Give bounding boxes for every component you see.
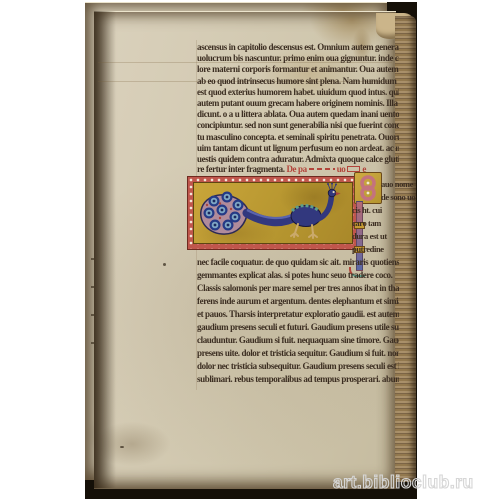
text-line: ferens inde aurum et argentum. dentes el…	[197, 295, 399, 308]
text-line: ascensus in capitolio descensus est. Omn…	[197, 42, 399, 53]
parchment-speck	[120, 446, 124, 448]
text-line: ab eo quod intrinsecus humore sint plena…	[197, 76, 399, 87]
text-line: lore materni corporis formantur et anima…	[197, 64, 399, 75]
text-line: nec facile coquatur. de quo quidam sic a…	[197, 256, 399, 269]
text-line: uim tantam dicunt ut lignum perfusum eo …	[197, 143, 399, 154]
peacock-miniature	[187, 176, 359, 250]
rubric-red-text: De pa	[286, 164, 306, 174]
text-line: dura est ut	[352, 230, 398, 243]
text-line: sublimari. rebus temporalibus ad tempus …	[197, 373, 399, 386]
text-line: tu masculino concepta. et seminali spiri…	[197, 132, 399, 143]
pricking-mark	[91, 342, 94, 344]
text-line: dolor nec tristicia subsequitur. Gaudium…	[197, 360, 399, 373]
text-line: est quod exterius humorem habet. uiuidum…	[197, 87, 399, 98]
pricking-mark	[91, 286, 94, 288]
text-line: concipiuntur. sed non sunt generabilia n…	[197, 120, 399, 131]
parchment-speck	[163, 263, 166, 266]
text-line: clauduntur. Gaudium si fuit. nequaquam s…	[197, 334, 399, 347]
text-line: presens uite. dolor et tristicia sequitu…	[197, 347, 399, 360]
watermark-text: art.biblioclub.ru	[333, 472, 474, 493]
text-line: putredine	[352, 243, 398, 256]
text-line: cis ht. cui	[352, 204, 398, 217]
text-line: uolucrum bis nascuntur. primo enim oua g…	[197, 53, 399, 64]
text-line: auo nome	[352, 178, 427, 191]
text-column-beside-miniature: auo nome de sono uo cis ht. cui caro tam…	[352, 178, 398, 256]
text-line: gemmantes explicat alas. si potes hunc s…	[197, 269, 399, 282]
rubric-line-filler	[309, 168, 335, 170]
text-line: gaudium presens seculi et futuri. Gaudiu…	[197, 321, 399, 334]
text-line: Classis salomonis per mare semel per tre…	[197, 282, 399, 295]
pricking-mark	[91, 258, 94, 260]
rubric-black-text: re fertur inter fragmenta.	[197, 164, 285, 174]
text-line: autem putant ouum grecam habere originem…	[197, 98, 399, 109]
spine-gutter-shadow	[94, 11, 116, 488]
pricking-mark	[91, 314, 94, 316]
peacock-illustration	[194, 183, 352, 243]
text-line: de sono uo	[352, 191, 427, 204]
text-block-upper: ascensus in capitolio descensus est. Omn…	[197, 42, 399, 165]
text-block-lower: nec facile coquatur. de quo quidam sic a…	[197, 256, 399, 386]
text-line: dicunt. o a u littera ablata. Oua autem …	[197, 109, 399, 120]
text-line: caro tam	[352, 217, 398, 230]
gold-ground	[193, 182, 353, 244]
text-line: et pauos. Tharsis interpretatur explorat…	[197, 308, 399, 321]
rubric-red-text: uo	[337, 164, 346, 174]
